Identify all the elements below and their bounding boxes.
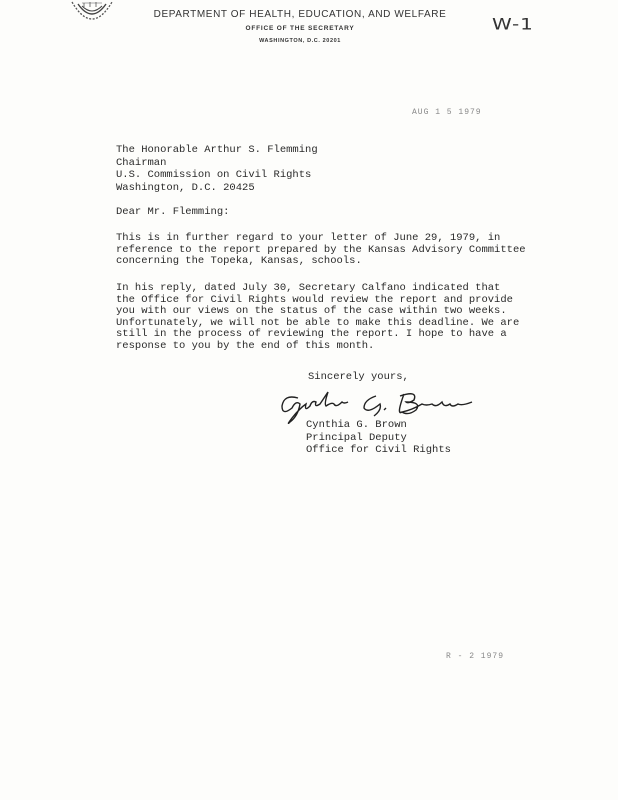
recipient-line: Chairman xyxy=(116,157,318,170)
body-paragraph-2: In his reply, dated July 30, Secretary C… xyxy=(116,283,526,352)
signer-name: Cynthia G. Brown xyxy=(306,419,451,432)
body-paragraph-1: This is in further regard to your letter… xyxy=(116,233,526,268)
recipient-address: The Honorable Arthur S. Flemming Chairma… xyxy=(116,144,318,194)
letter-page: DEPARTMENT OF HEALTH, EDUCATION, AND WEL… xyxy=(0,0,618,800)
letterhead-office: OFFICE OF THE SECRETARY xyxy=(140,23,460,35)
body-line: This is in further regard to your letter… xyxy=(116,233,526,245)
letterhead: DEPARTMENT OF HEALTH, EDUCATION, AND WEL… xyxy=(140,8,460,46)
body-line: In his reply, dated July 30, Secretary C… xyxy=(116,283,526,295)
handwritten-annotation: W-1 xyxy=(492,14,534,33)
signer-office: Office for Civil Rights xyxy=(306,444,451,457)
received-stamp: R - 2 1979 xyxy=(446,652,504,661)
body-line: response to you by the end of this month… xyxy=(116,341,526,353)
closing: Sincerely yours, xyxy=(308,371,409,383)
body-line: still in the process of reviewing the re… xyxy=(116,329,526,341)
signer-title: Principal Deputy xyxy=(306,432,451,445)
recipient-line: U.S. Commission on Civil Rights xyxy=(116,169,318,182)
body-line: you with our views on the status of the … xyxy=(116,306,526,318)
letterhead-department: DEPARTMENT OF HEALTH, EDUCATION, AND WEL… xyxy=(140,8,460,21)
recipient-line: Washington, D.C. 20425 xyxy=(116,182,318,195)
recipient-line: The Honorable Arthur S. Flemming xyxy=(116,144,318,157)
body-line: concerning the Topeka, Kansas, schools. xyxy=(116,256,526,268)
signer-block: Cynthia G. Brown Principal Deputy Office… xyxy=(306,419,451,457)
salutation: Dear Mr. Flemming: xyxy=(116,206,229,218)
department-seal-icon xyxy=(68,0,116,30)
letterhead-city: WASHINGTON, D.C. 20201 xyxy=(140,36,460,46)
date-stamp: AUG 1 5 1979 xyxy=(412,108,482,117)
